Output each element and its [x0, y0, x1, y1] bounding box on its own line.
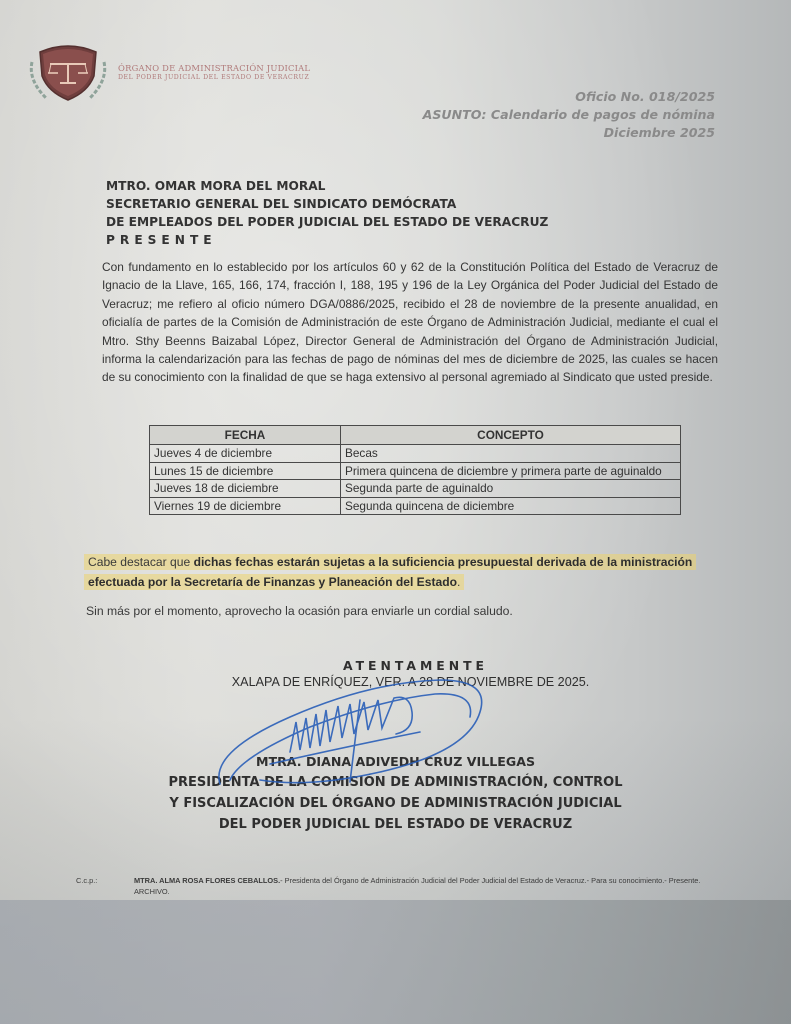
scales-of-justice-shield-icon: [22, 42, 114, 104]
organization-name: Órgano de Administración Judicial del Po…: [118, 64, 310, 82]
cell-concepto: Becas: [341, 445, 681, 463]
oficio-number: Oficio No. 018/2025: [423, 88, 715, 106]
signer-title-3: DEL PODER JUDICIAL DEL ESTADO DE VERACRU…: [0, 814, 791, 835]
reference-block: Oficio No. 018/2025 ASUNTO: Calendario d…: [423, 88, 715, 142]
org-line-2: del Poder Judicial del Estado de Veracru…: [118, 73, 310, 82]
cell-concepto: Segunda parte de aguinaldo: [341, 480, 681, 498]
signer-name: MTRA. DIANA ADIVEDH CRUZ VILLEGAS: [0, 751, 791, 772]
signer-block: MTRA. DIANA ADIVEDH CRUZ VILLEGAS PRESID…: [0, 751, 791, 835]
letterhead: Órgano de Administración Judicial del Po…: [22, 42, 310, 104]
note-tail: .: [457, 575, 460, 589]
addressee-block: MTRO. OMAR MORA DEL MORAL SECRETARIO GEN…: [106, 177, 548, 249]
signoff-block: ATENTAMENTE XALAPA DE ENRÍQUEZ, VER. A 2…: [0, 658, 791, 689]
cell-concepto: Segunda quincena de diciembre: [341, 497, 681, 515]
ccp-recipient: MTRA. ALMA ROSA FLORES CEBALLOS.: [134, 876, 280, 885]
budget-note: Cabe destacar que dichas fechas estarán …: [84, 552, 752, 592]
photo-shadow: [0, 900, 791, 1024]
table-header-row: FECHA CONCEPTO: [150, 426, 681, 445]
place-date: XALAPA DE ENRÍQUEZ, VER. A 28 DE NOVIEMB…: [30, 675, 791, 689]
highlighted-note: Cabe destacar que dichas fechas estarán …: [84, 554, 696, 590]
ccp-text: - Presidenta del Órgano de Administració…: [280, 876, 700, 885]
letter-body: Con fundamento en lo establecido por los…: [102, 258, 718, 387]
signer-title-1: PRESIDENTA DE LA COMISIÓN DE ADMINISTRAC…: [0, 772, 791, 793]
table-row: Lunes 15 de diciembre Primera quincena d…: [150, 462, 681, 480]
ccp-label: C.c.p.:: [76, 876, 134, 897]
closing-line: Sin más por el momento, aprovecho la oca…: [86, 604, 513, 618]
addressee-name: MTRO. OMAR MORA DEL MORAL: [106, 177, 548, 195]
cell-fecha: Jueves 4 de diciembre: [150, 445, 341, 463]
subject-period: Diciembre 2025: [423, 124, 715, 142]
column-header-concepto: CONCEPTO: [341, 426, 681, 445]
note-lead: Cabe destacar que: [88, 555, 194, 569]
atentamente: ATENTAMENTE: [40, 658, 791, 673]
subject-line: ASUNTO: Calendario de pagos de nómina: [423, 106, 715, 124]
table-row: Jueves 4 de diciembre Becas: [150, 445, 681, 463]
addressee-presente: PRESENTE: [106, 231, 548, 249]
signer-title-2: Y FISCALIZACIÓN DEL ÓRGANO DE ADMINISTRA…: [0, 793, 791, 814]
cell-fecha: Jueves 18 de diciembre: [150, 480, 341, 498]
table-row: Jueves 18 de diciembre Segunda parte de …: [150, 480, 681, 498]
addressee-title-1: SECRETARIO GENERAL DEL SINDICATO DEMÓCRA…: [106, 195, 548, 213]
cell-fecha: Lunes 15 de diciembre: [150, 462, 341, 480]
addressee-title-2: DE EMPLEADOS DEL PODER JUDICIAL DEL ESTA…: [106, 213, 548, 231]
table-row: Viernes 19 de diciembre Segunda quincena…: [150, 497, 681, 515]
ccp-archive: ARCHIVO.: [134, 887, 734, 898]
payment-calendar-table: FECHA CONCEPTO Jueves 4 de diciembre Bec…: [149, 425, 681, 515]
cell-fecha: Viernes 19 de diciembre: [150, 497, 341, 515]
column-header-fecha: FECHA: [150, 426, 341, 445]
cell-concepto: Primera quincena de diciembre y primera …: [341, 462, 681, 480]
org-line-1: Órgano de Administración Judicial: [118, 64, 310, 73]
ccp-content: MTRA. ALMA ROSA FLORES CEBALLOS.- Presid…: [134, 876, 734, 897]
body-paragraph: Con fundamento en lo establecido por los…: [102, 258, 718, 387]
carbon-copy-block: C.c.p.: MTRA. ALMA ROSA FLORES CEBALLOS.…: [76, 876, 734, 897]
